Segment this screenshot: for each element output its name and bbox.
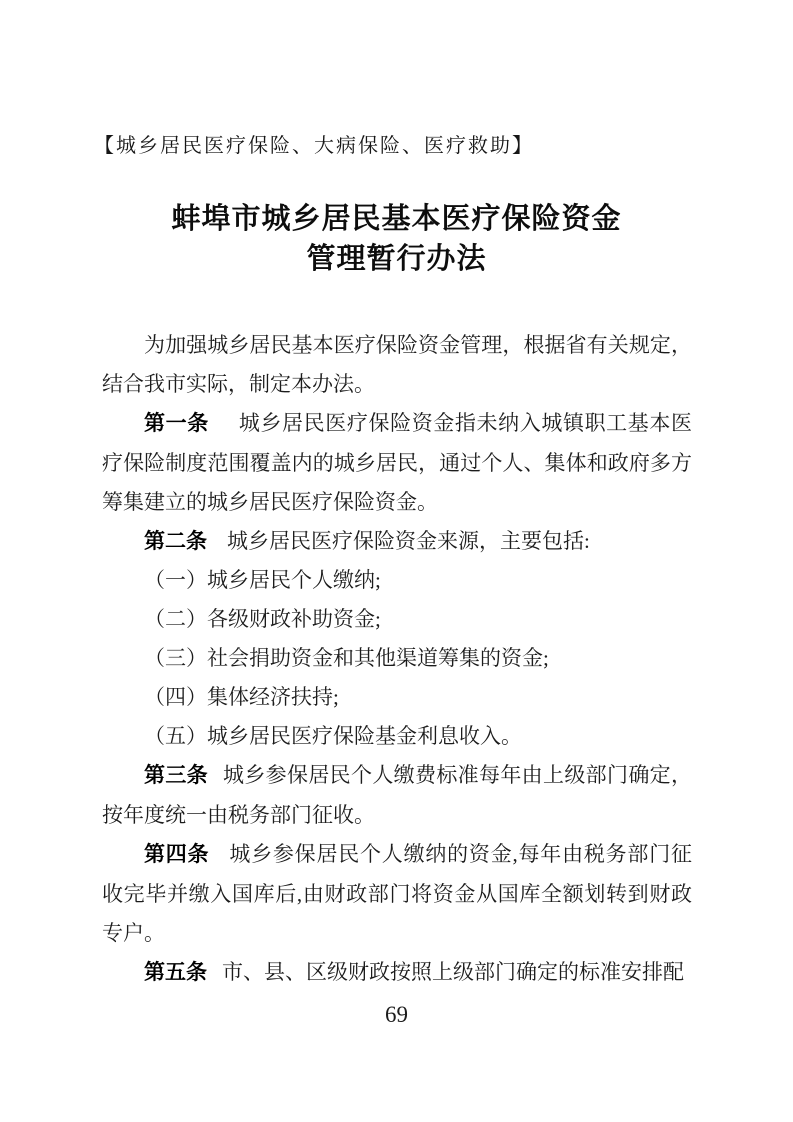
document-title-line-2: 管理暂行办法 [0, 239, 793, 279]
paragraph: （一）城乡居民个人缴纳; [102, 561, 692, 600]
paragraph-text: （三）社会捐助资金和其他渠道筹集的资金; [144, 646, 549, 670]
document-title: 蚌埠市城乡居民基本医疗保险资金 管理暂行办法 [0, 199, 793, 279]
paragraph-text: 市、县、区级财政按照上级部门确定的标准安排配 [222, 960, 684, 984]
article-paragraph: 第四条城乡参保居民个人缴纳的资金,每年由税务部门征收完毕并缴入国库后,由财政部门… [102, 835, 692, 953]
paragraph: （三）社会捐助资金和其他渠道筹集的资金; [102, 639, 692, 678]
paragraph-text: 为加强城乡居民基本医疗保险资金管理，根据省有关规定，结合我市实际，制定本办法。 [102, 333, 692, 396]
paragraph: 为加强城乡居民基本医疗保险资金管理，根据省有关规定，结合我市实际，制定本办法。 [102, 326, 692, 404]
paragraph-text: 城乡居民医疗保险资金来源，主要包括: [227, 529, 590, 553]
article-paragraph: 第五条市、县、区级财政按照上级部门确定的标准安排配 [102, 953, 692, 993]
article-number: 第五条 [144, 961, 207, 984]
article-number: 第一条 [144, 412, 209, 435]
article-number: 第二条 [144, 530, 207, 553]
page-number: 69 [0, 1000, 793, 1030]
article-number: 第三条 [144, 764, 208, 787]
document-title-line-1: 蚌埠市城乡居民基本医疗保险资金 [0, 199, 793, 239]
document-body: 为加强城乡居民基本医疗保险资金管理，根据省有关规定，结合我市实际，制定本办法。第… [102, 326, 692, 992]
article-paragraph: 第三条城乡参保居民个人缴费标准每年由上级部门确定，按年度统一由税务部门征收。 [102, 756, 692, 835]
paragraph-text: （四）集体经济扶持; [144, 685, 339, 709]
article-paragraph: 第二条城乡居民医疗保险资金来源，主要包括: [102, 522, 692, 562]
paragraph: （五）城乡居民医疗保险基金利息收入。 [102, 717, 692, 756]
article-paragraph: 第一条城乡居民医疗保险资金指未纳入城镇职工基本医疗保险制度范围覆盖内的城乡居民，… [102, 404, 692, 522]
document-page: 【城乡居民医疗保险、大病保险、医疗救助】 蚌埠市城乡居民基本医疗保险资金 管理暂… [0, 0, 793, 1122]
paragraph-text: （五）城乡居民医疗保险基金利息收入。 [144, 724, 522, 748]
section-kicker: 【城乡居民医疗保险、大病保险、医疗救助】 [94, 133, 534, 159]
paragraph-text: （二）各级财政补助资金; [144, 607, 381, 631]
paragraph: （四）集体经济扶持; [102, 678, 692, 717]
paragraph-text: （一）城乡居民个人缴纳; [144, 568, 381, 592]
paragraph: （二）各级财政补助资金; [102, 600, 692, 639]
article-number: 第四条 [144, 843, 209, 866]
